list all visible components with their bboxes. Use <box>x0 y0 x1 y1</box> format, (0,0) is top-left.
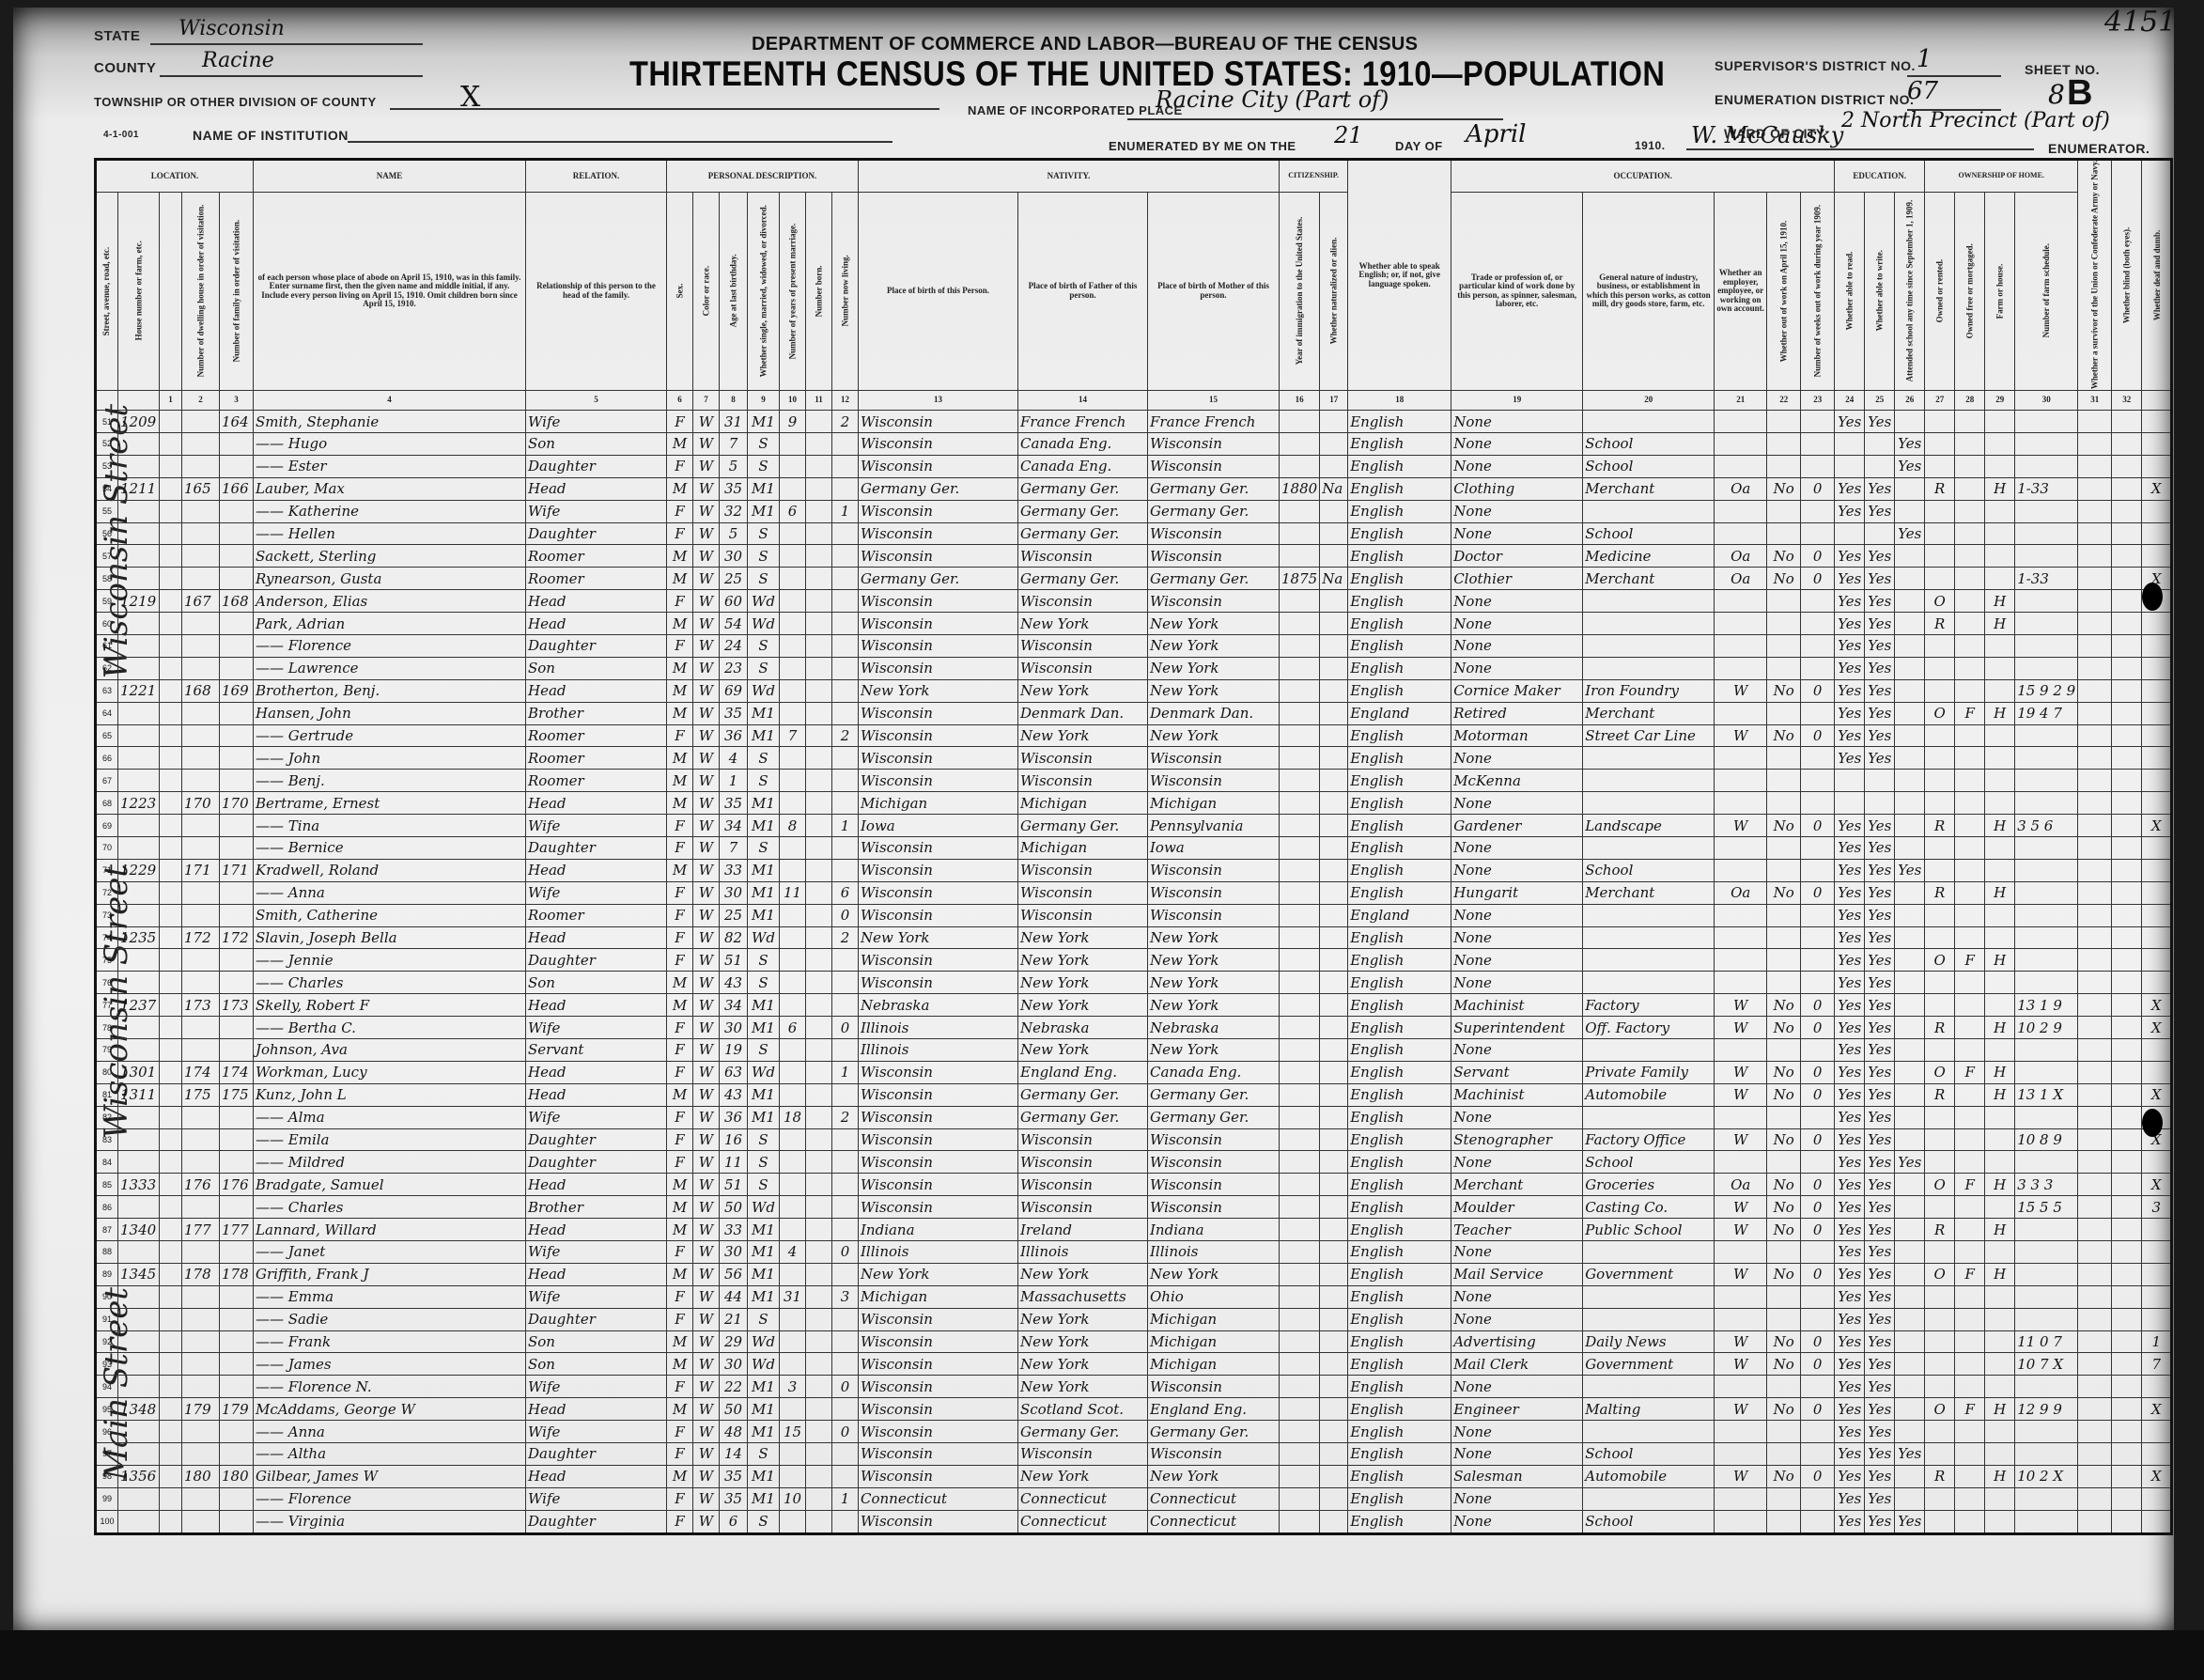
cell-write <box>1865 432 1895 455</box>
cell-born <box>806 904 832 926</box>
cell-wk <box>1801 613 1835 635</box>
cell-mort <box>1955 634 1985 657</box>
cell-mort <box>1955 859 1985 881</box>
cell-farm <box>1985 837 2015 860</box>
cell-sched: 10 2 X <box>2015 1465 2078 1487</box>
cell-write: Yes <box>1865 545 1895 568</box>
cell-born <box>806 881 832 904</box>
cell-marital: M1 <box>748 1017 780 1039</box>
cell-vet <box>2078 1465 2112 1487</box>
cell-family <box>220 972 254 994</box>
cell-ow <box>1767 792 1801 815</box>
cell-deaf <box>2142 1487 2172 1510</box>
table-row: 65—— GertrudeRoomerFW36M172WisconsinNew … <box>96 724 2172 747</box>
year-label: 1910. <box>1635 139 1666 152</box>
cell-blind <box>2112 679 2142 702</box>
cell-line: 60 <box>96 613 118 635</box>
cell-sched: 13 1 9 <box>2015 994 2078 1017</box>
cell-emp <box>1715 613 1767 635</box>
cell-farm <box>1985 1285 2015 1308</box>
cell-line: 74 <box>96 926 118 949</box>
cell-house <box>118 657 160 679</box>
cell-blank <box>160 1443 182 1466</box>
cell-read: Yes <box>1835 1219 1865 1241</box>
cell-house: 1211 <box>118 477 160 500</box>
cell-read: Yes <box>1835 724 1865 747</box>
cell-emp <box>1715 500 1767 522</box>
cell-industry: Casting Co. <box>1583 1196 1715 1219</box>
cell-industry: Off. Factory <box>1583 1017 1715 1039</box>
cell-blank <box>160 994 182 1017</box>
cell-blind <box>2112 815 2142 837</box>
cell-living <box>832 1128 859 1151</box>
cell-own <box>1925 1151 1955 1174</box>
cell-wk <box>1801 1285 1835 1308</box>
cell-bpm: Canada Eng. <box>1148 1061 1280 1083</box>
cell-trade: None <box>1451 411 1583 433</box>
cell-name: —— Florence <box>254 1487 526 1510</box>
cell-sched <box>2015 1487 2078 1510</box>
cell-age: 82 <box>720 926 748 949</box>
cell-living: 1 <box>832 500 859 522</box>
cell-dwelling <box>182 634 220 657</box>
cell-ow <box>1767 904 1801 926</box>
cell-line: 92 <box>96 1330 118 1353</box>
cell-sex: F <box>667 1443 693 1466</box>
cell-blank <box>160 545 182 568</box>
cell-lang: English <box>1348 1241 1451 1264</box>
cell-nat <box>1320 881 1348 904</box>
cell-marital: S <box>748 545 780 568</box>
cell-farm <box>1985 994 2015 1017</box>
cell-lang: English <box>1348 1083 1451 1106</box>
cell-bpm: Wisconsin <box>1148 1151 1280 1174</box>
cell-write: Yes <box>1865 590 1895 613</box>
cell-own: R <box>1925 1083 1955 1106</box>
cell-line: 90 <box>96 1285 118 1308</box>
cell-sex: F <box>667 522 693 545</box>
cell-born <box>806 926 832 949</box>
cell-family <box>220 1308 254 1330</box>
cell-name: Slavin, Joseph Bella <box>254 926 526 949</box>
cell-mort <box>1955 904 1985 926</box>
cell-write: Yes <box>1865 859 1895 881</box>
cell-sex: F <box>667 1106 693 1128</box>
cell-born <box>806 1196 832 1219</box>
cell-mort <box>1955 1353 1985 1376</box>
cell-imm <box>1280 1487 1320 1510</box>
cell-trade: Gardener <box>1451 815 1583 837</box>
cell-family <box>220 1510 254 1533</box>
cell-dwelling <box>182 455 220 477</box>
cell-deaf <box>2142 522 2172 545</box>
cell-marital: S <box>748 770 780 792</box>
cell-imm <box>1280 1174 1320 1196</box>
cell-lang: English <box>1348 837 1451 860</box>
column-number <box>118 391 160 411</box>
cell-imm <box>1280 1308 1320 1330</box>
cell-deaf <box>2142 949 2172 972</box>
cell-blank <box>160 1376 182 1398</box>
cell-race: W <box>693 1443 720 1466</box>
township-label: TOWNSHIP OR OTHER DIVISION OF COUNTY <box>94 95 377 109</box>
cell-wk: 0 <box>1801 724 1835 747</box>
cell-own: R <box>1925 477 1955 500</box>
column-number: 9 <box>748 391 780 411</box>
cell-line: 95 <box>96 1398 118 1421</box>
cell-trade: None <box>1451 1421 1583 1443</box>
cell-blank <box>160 477 182 500</box>
cell-ow <box>1767 1241 1801 1264</box>
cell-farm: H <box>1985 1061 2015 1083</box>
cell-write: Yes <box>1865 949 1895 972</box>
cell-write: Yes <box>1865 568 1895 590</box>
cell-mort <box>1955 815 1985 837</box>
cell-relation: Daughter <box>526 949 667 972</box>
cell-vet <box>2078 634 2112 657</box>
cell-imm <box>1280 972 1320 994</box>
cell-sex: M <box>667 1398 693 1421</box>
cell-trade: None <box>1451 590 1583 613</box>
cell-vet <box>2078 1330 2112 1353</box>
cell-trade: None <box>1451 455 1583 477</box>
cell-imm <box>1280 1510 1320 1533</box>
cell-name: Griffith, Frank J <box>254 1263 526 1285</box>
cell-mort <box>1955 1128 1985 1151</box>
cell-deaf <box>2142 432 2172 455</box>
cell-emp: W <box>1715 1017 1767 1039</box>
cell-yrs <box>780 1510 806 1533</box>
header-veteran: Whether a survivor of the Union or Confe… <box>2078 160 2112 391</box>
cell-own <box>1925 1241 1955 1264</box>
cell-bpf: Wisconsin <box>1018 634 1148 657</box>
cell-house <box>118 815 160 837</box>
cell-bp: Wisconsin <box>859 1061 1018 1083</box>
cell-wk <box>1801 859 1835 881</box>
cell-bp: Wisconsin <box>859 500 1018 522</box>
cell-farm <box>1985 1487 2015 1510</box>
cell-blind <box>2112 1061 2142 1083</box>
cell-write: Yes <box>1865 1308 1895 1330</box>
cell-blind <box>2112 837 2142 860</box>
cell-marital: M1 <box>748 881 780 904</box>
cell-sched <box>2015 972 2078 994</box>
cell-blank <box>160 770 182 792</box>
cell-blind <box>2112 1151 2142 1174</box>
cell-yrs <box>780 1219 806 1241</box>
cell-race: W <box>693 455 720 477</box>
cell-sex: F <box>667 1421 693 1443</box>
cell-vet <box>2078 1219 2112 1241</box>
cell-emp <box>1715 1376 1767 1398</box>
cell-relation: Head <box>526 477 667 500</box>
cell-bpm: New York <box>1148 972 1280 994</box>
cell-sched <box>2015 1061 2078 1083</box>
cell-school <box>1895 1330 1925 1353</box>
cell-name: Park, Adrian <box>254 613 526 635</box>
cell-sched <box>2015 411 2078 433</box>
table-row: 52—— HugoSonMW7SWisconsinCanada Eng.Wisc… <box>96 432 2172 455</box>
cell-vet <box>2078 904 2112 926</box>
cell-living: 0 <box>832 1421 859 1443</box>
cell-ow: No <box>1767 724 1801 747</box>
cell-deaf <box>2142 545 2172 568</box>
cell-ow <box>1767 500 1801 522</box>
cell-house <box>118 724 160 747</box>
cell-bpf: Germany Ger. <box>1018 1083 1148 1106</box>
cell-name: —— Florence <box>254 634 526 657</box>
cell-industry: Iron Foundry <box>1583 679 1715 702</box>
cell-ow: No <box>1767 679 1801 702</box>
cell-dwelling <box>182 657 220 679</box>
column-number <box>96 391 118 411</box>
cell-emp: W <box>1715 1263 1767 1285</box>
cell-own <box>1925 1443 1955 1466</box>
cell-read: Yes <box>1835 1308 1865 1330</box>
cell-school <box>1895 770 1925 792</box>
column-number: 4 <box>254 391 526 411</box>
cell-name: Sackett, Sterling <box>254 545 526 568</box>
cell-blind <box>2112 1174 2142 1196</box>
table-row: 951348179179McAddams, George WHeadMW50M1… <box>96 1398 2172 1421</box>
cell-wk: 0 <box>1801 568 1835 590</box>
cell-deaf <box>2142 1219 2172 1241</box>
cell-emp: W <box>1715 1330 1767 1353</box>
cell-emp <box>1715 411 1767 433</box>
cell-write: Yes <box>1865 994 1895 1017</box>
cell-read: Yes <box>1835 1196 1865 1219</box>
cell-marital: M1 <box>748 1421 780 1443</box>
cell-marital: M1 <box>748 1487 780 1510</box>
cell-trade: None <box>1451 926 1583 949</box>
cell-born <box>806 1330 832 1353</box>
cell-race: W <box>693 881 720 904</box>
cell-write: Yes <box>1865 1083 1895 1106</box>
cell-mort <box>1955 590 1985 613</box>
cell-blank <box>160 657 182 679</box>
cell-living <box>832 792 859 815</box>
cell-read <box>1835 432 1865 455</box>
cell-bpf: Nebraska <box>1018 1017 1148 1039</box>
day-of-label: DAY OF <box>1395 139 1443 153</box>
cell-bpm: Wisconsin <box>1148 1174 1280 1196</box>
cell-bp: Iowa <box>859 815 1018 837</box>
state-line <box>150 43 423 45</box>
cell-industry: Merchant <box>1583 568 1715 590</box>
cell-bp: Wisconsin <box>859 1421 1018 1443</box>
cell-own <box>1925 904 1955 926</box>
cell-house <box>118 613 160 635</box>
cell-line: 93 <box>96 1353 118 1376</box>
cell-bpm: Michigan <box>1148 792 1280 815</box>
cell-marital: Wd <box>748 1330 780 1353</box>
cell-lang: English <box>1348 568 1451 590</box>
cell-trade: Cornice Maker <box>1451 679 1583 702</box>
cell-born <box>806 1017 832 1039</box>
cell-blank <box>160 613 182 635</box>
table-row: 681223170170Bertrame, ErnestHeadMW35M1Mi… <box>96 792 2172 815</box>
cell-age: 24 <box>720 634 748 657</box>
cell-imm <box>1280 500 1320 522</box>
cell-lang: England <box>1348 904 1451 926</box>
cell-bp: Wisconsin <box>859 1443 1018 1466</box>
ward-value: 2 North Precinct (Part of) <box>1841 109 2110 132</box>
cell-industry: School <box>1583 859 1715 881</box>
cell-age: 43 <box>720 1083 748 1106</box>
cell-school <box>1895 477 1925 500</box>
cell-school: Yes <box>1895 1151 1925 1174</box>
cell-yrs <box>780 972 806 994</box>
incorporated-place-line <box>1127 118 1503 120</box>
cell-emp <box>1715 1106 1767 1128</box>
cell-bpm: Wisconsin <box>1148 859 1280 881</box>
cell-nat <box>1320 949 1348 972</box>
cell-nat <box>1320 926 1348 949</box>
cell-bpm: New York <box>1148 613 1280 635</box>
cell-sex: M <box>667 1353 693 1376</box>
cell-bp: Wisconsin <box>859 1308 1018 1330</box>
cell-age: 30 <box>720 1241 748 1264</box>
cell-vet <box>2078 770 2112 792</box>
cell-trade: McKenna <box>1451 770 1583 792</box>
cell-wk <box>1801 770 1835 792</box>
cell-line: 80 <box>96 1061 118 1083</box>
cell-name: —— Lawrence <box>254 657 526 679</box>
column-number: 31 <box>2078 391 2112 411</box>
cell-emp <box>1715 1443 1767 1466</box>
cell-blank <box>160 1196 182 1219</box>
group-name: NAME <box>254 160 526 193</box>
cell-ow <box>1767 1376 1801 1398</box>
cell-imm <box>1280 815 1320 837</box>
cell-school <box>1895 747 1925 770</box>
table-row: 72—— AnnaWifeFW30M1116WisconsinWisconsin… <box>96 881 2172 904</box>
cell-bpm: New York <box>1148 679 1280 702</box>
header-house: House number or farm, etc. <box>118 192 160 390</box>
cell-farm: H <box>1985 949 2015 972</box>
cell-vet <box>2078 1196 2112 1219</box>
cell-vet <box>2078 1285 2112 1308</box>
cell-race: W <box>693 568 720 590</box>
cell-dwelling <box>182 1285 220 1308</box>
cell-line: 78 <box>96 1017 118 1039</box>
cell-living <box>832 994 859 1017</box>
cell-house <box>118 545 160 568</box>
cell-blank <box>160 500 182 522</box>
cell-age: 30 <box>720 1353 748 1376</box>
cell-school <box>1895 1376 1925 1398</box>
cell-own <box>1925 1421 1955 1443</box>
cell-relation: Head <box>526 859 667 881</box>
cell-industry <box>1583 1308 1715 1330</box>
cell-line: 82 <box>96 1106 118 1128</box>
cell-house: 1237 <box>118 994 160 1017</box>
table-row: 70—— BerniceDaughterFW7SWisconsinMichiga… <box>96 837 2172 860</box>
cell-lang: English <box>1348 1263 1451 1285</box>
cell-vet <box>2078 815 2112 837</box>
cell-marital: S <box>748 837 780 860</box>
cell-own: R <box>1925 613 1955 635</box>
sheet-letter: B <box>2067 73 2092 114</box>
cell-relation: Head <box>526 1398 667 1421</box>
cell-sched <box>2015 1219 2078 1241</box>
cell-bpf: Germany Ger. <box>1018 1106 1148 1128</box>
cell-living <box>832 679 859 702</box>
cell-farm <box>1985 1128 2015 1151</box>
cell-lang: English <box>1348 1510 1451 1533</box>
enumeration-label: ENUMERATION DISTRICT NO. <box>1715 92 1914 107</box>
cell-write: Yes <box>1865 1017 1895 1039</box>
cell-ow <box>1767 1308 1801 1330</box>
cell-write: Yes <box>1865 1128 1895 1151</box>
cell-family: 180 <box>220 1465 254 1487</box>
cell-bpm: Wisconsin <box>1148 747 1280 770</box>
cell-imm <box>1280 1196 1320 1219</box>
cell-line: 67 <box>96 770 118 792</box>
cell-relation: Wife <box>526 500 667 522</box>
cell-vet <box>2078 1510 2112 1533</box>
cell-age: 33 <box>720 1219 748 1241</box>
cell-bpm: Wisconsin <box>1148 455 1280 477</box>
cell-ow <box>1767 747 1801 770</box>
group-ownership: OWNERSHIP OF HOME. <box>1925 160 2078 193</box>
cell-trade: None <box>1451 1308 1583 1330</box>
cell-marital: M1 <box>748 1241 780 1264</box>
cell-family <box>220 1376 254 1398</box>
cell-blank <box>160 1510 182 1533</box>
cell-sched: 1-33 <box>2015 568 2078 590</box>
table-row: 64Hansen, JohnBrotherMW35M1WisconsinDenm… <box>96 702 2172 724</box>
column-number-row: 1234567891011121314151617181920212223242… <box>96 391 2172 411</box>
cell-marital: S <box>748 972 780 994</box>
cell-blank <box>160 1061 182 1083</box>
cell-read <box>1835 770 1865 792</box>
cell-age: 5 <box>720 455 748 477</box>
cell-race: W <box>693 679 720 702</box>
cell-emp <box>1715 1241 1767 1264</box>
cell-lang: English <box>1348 613 1451 635</box>
cell-farm <box>1985 634 2015 657</box>
table-row: 90—— EmmaWifeFW44M1313MichiganMassachuse… <box>96 1285 2172 1308</box>
enumerated-day: 21 <box>1334 122 1363 148</box>
cell-marital: M1 <box>748 1083 780 1106</box>
cell-race: W <box>693 1376 720 1398</box>
cell-blind <box>2112 1039 2142 1062</box>
cell-trade: Mail Service <box>1451 1263 1583 1285</box>
cell-industry <box>1583 1241 1715 1264</box>
column-number: 18 <box>1348 391 1451 411</box>
cell-born <box>806 1128 832 1151</box>
cell-yrs <box>780 949 806 972</box>
cell-line: 72 <box>96 881 118 904</box>
cell-vet <box>2078 881 2112 904</box>
column-number: 21 <box>1715 391 1767 411</box>
cell-trade: None <box>1451 657 1583 679</box>
cell-school: Yes <box>1895 1510 1925 1533</box>
cell-imm <box>1280 926 1320 949</box>
cell-emp: Oa <box>1715 1174 1767 1196</box>
cell-farm <box>1985 859 2015 881</box>
cell-ow: No <box>1767 568 1801 590</box>
header-age: Age at last birthday. <box>720 192 748 390</box>
cell-sex: M <box>667 792 693 815</box>
cell-own: O <box>1925 1174 1955 1196</box>
table-row: 711229171171Kradwell, RolandHeadMW33M1Wi… <box>96 859 2172 881</box>
cell-mort: F <box>1955 1263 1985 1285</box>
cell-wk <box>1801 904 1835 926</box>
cell-deaf: X <box>2142 1017 2172 1039</box>
cell-school: Yes <box>1895 859 1925 881</box>
